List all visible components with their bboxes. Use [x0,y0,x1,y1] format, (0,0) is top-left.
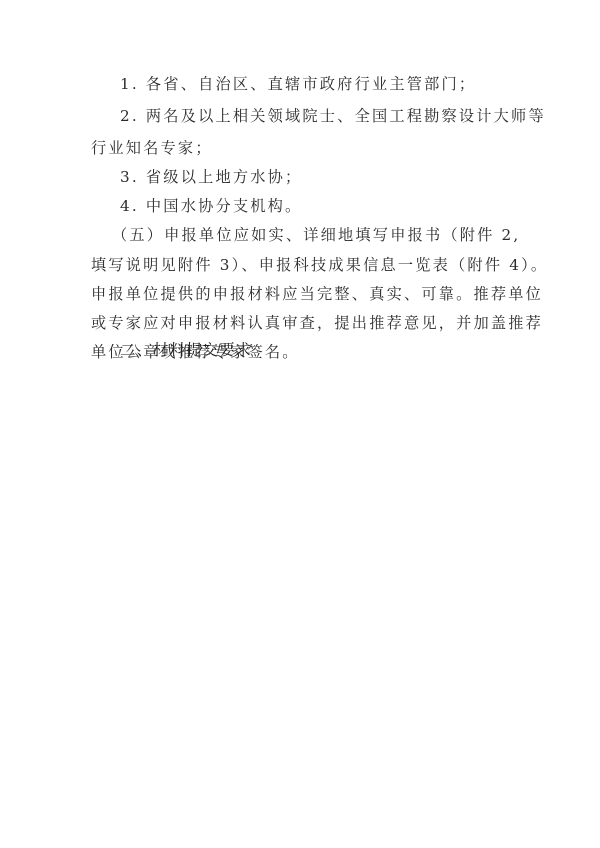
list-item-3: 3. 省级以上地方水协； [120,165,302,189]
list-item-2-cont: 行业知名专家； [91,136,213,160]
section-heading-2: 二、材料提交要求 [120,338,252,362]
list-item-2: 2. 两名及以上相关领域院士、全国工程勘察设计大师等 [120,104,546,128]
paragraph-5-line-1: （五）申报单位应如实、详细地填写申报书（附件 2, [112,223,520,247]
paragraph-5-line-2: 填写说明见附件 3）、申报科技成果信息一览表（附件 4）。 [91,253,548,277]
paragraph-5-line-4: 或专家应对申报材料认真审查，提出推荐意见，并加盖推荐 [91,311,543,335]
list-item-4: 4. 中国水协分支机构。 [120,194,302,218]
list-item-1: 1. 各省、自治区、直辖市政府行业主管部门； [120,72,476,96]
paragraph-5-line-3: 申报单位提供的申报材料应当完整、真实、可靠。推荐单位 [91,282,543,306]
